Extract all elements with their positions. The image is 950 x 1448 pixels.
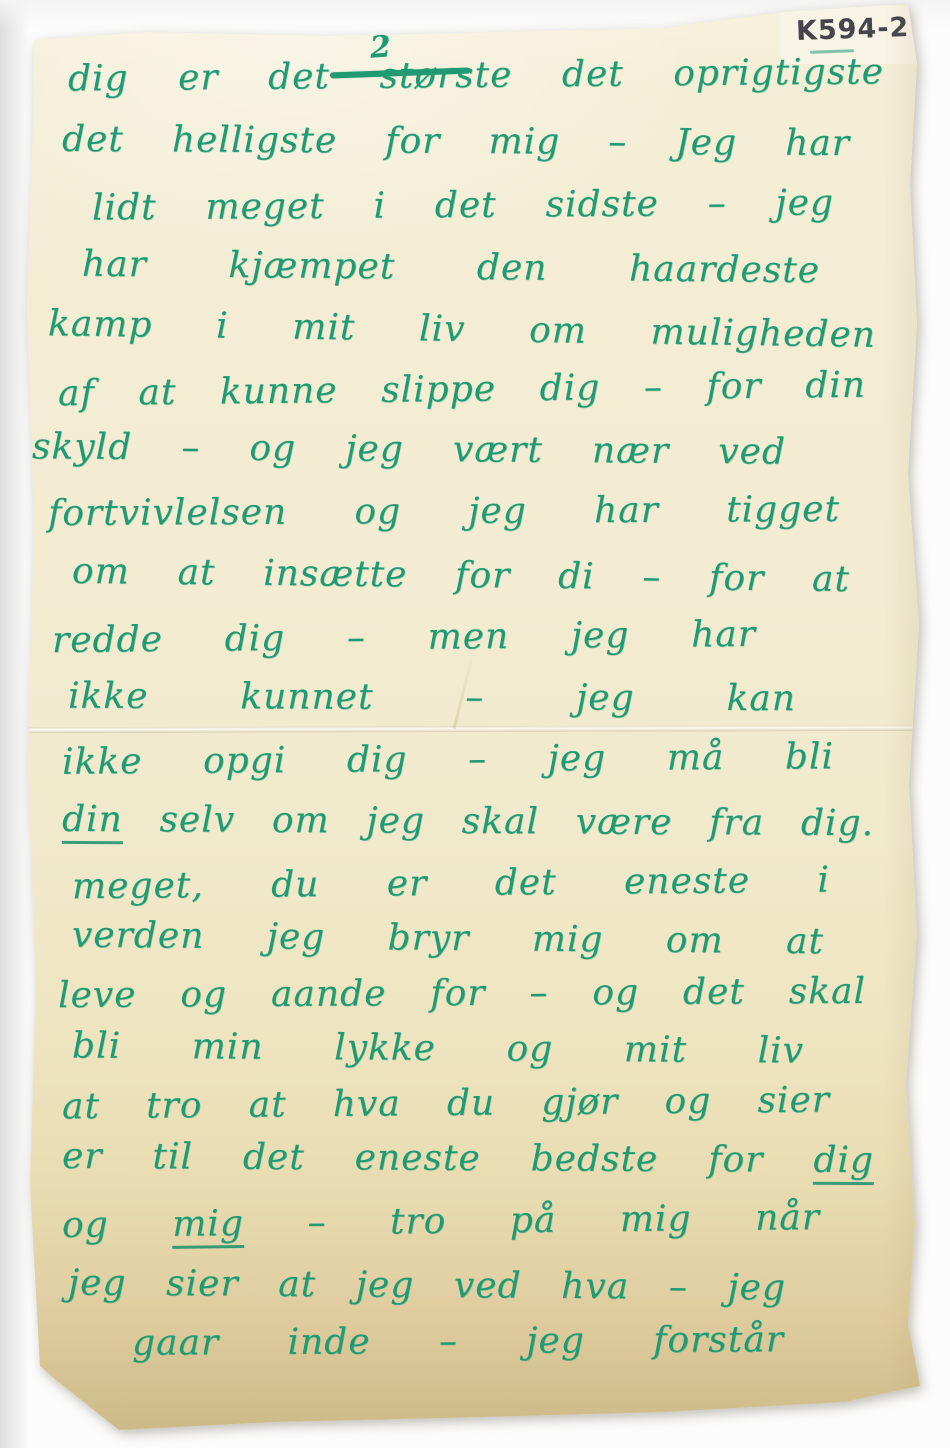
handwritten-line: fortvivlelsen og jeg har tigget xyxy=(48,490,840,534)
handwritten-line: er til det eneste bedste for dig xyxy=(62,1137,874,1181)
handwritten-line: og mig – tro på mig når xyxy=(62,1198,820,1246)
handwritten-line: jeg sier at jeg ved hva – jeg xyxy=(68,1263,786,1308)
handwritten-line: redde dig – men jeg har xyxy=(52,615,756,661)
handwritten-line: din selv om jeg skal være fra dig. xyxy=(62,800,874,844)
archive-label: K594-2 xyxy=(795,12,909,47)
underlined-word: dig xyxy=(813,1140,874,1185)
handwritten-line: af at kunne slippe dig – for din xyxy=(58,366,866,414)
handwritten-line: leve og aande for – og det skal xyxy=(58,972,866,1016)
handwritten-line: at tro at hva du gjør og sier xyxy=(62,1081,830,1127)
handwritten-line: dig er det største det oprigtigste xyxy=(68,52,884,99)
letter-sheet-wrapper: K594-2 2 dig er det største det oprigtig… xyxy=(24,4,924,1440)
handwritten-line: har kjæmpet den haardeste xyxy=(82,245,820,291)
fold-crease xyxy=(28,725,916,733)
handwritten-line: ikke opgi dig – jeg må bli xyxy=(62,737,834,782)
handwritten-line: gaar inde – jeg forstår xyxy=(132,1320,784,1363)
handwritten-line: om at insætte for di – for at xyxy=(72,552,850,600)
handwritten-line: meget, du er det eneste i xyxy=(72,861,830,907)
handwritten-line: kamp i mit liv om muligheden xyxy=(48,304,876,355)
handwritten-line: skyld – og jeg vært nær ved xyxy=(32,427,786,472)
handwritten-line: verden jeg bryr mig om at xyxy=(72,916,824,962)
handwritten-line: det helligste for mig – Jeg har xyxy=(62,120,850,164)
letter-page: K594-2 2 dig er det største det oprigtig… xyxy=(24,4,924,1440)
handwritten-line: bli min lykke og mit liv xyxy=(72,1026,804,1071)
underlined-word: mig xyxy=(172,1203,244,1249)
underlined-word: din xyxy=(62,799,123,844)
handwritten-line: lidt meget i det sidste – jeg xyxy=(92,183,834,228)
handwritten-line: ikke kunnet – jeg kan xyxy=(68,677,796,719)
